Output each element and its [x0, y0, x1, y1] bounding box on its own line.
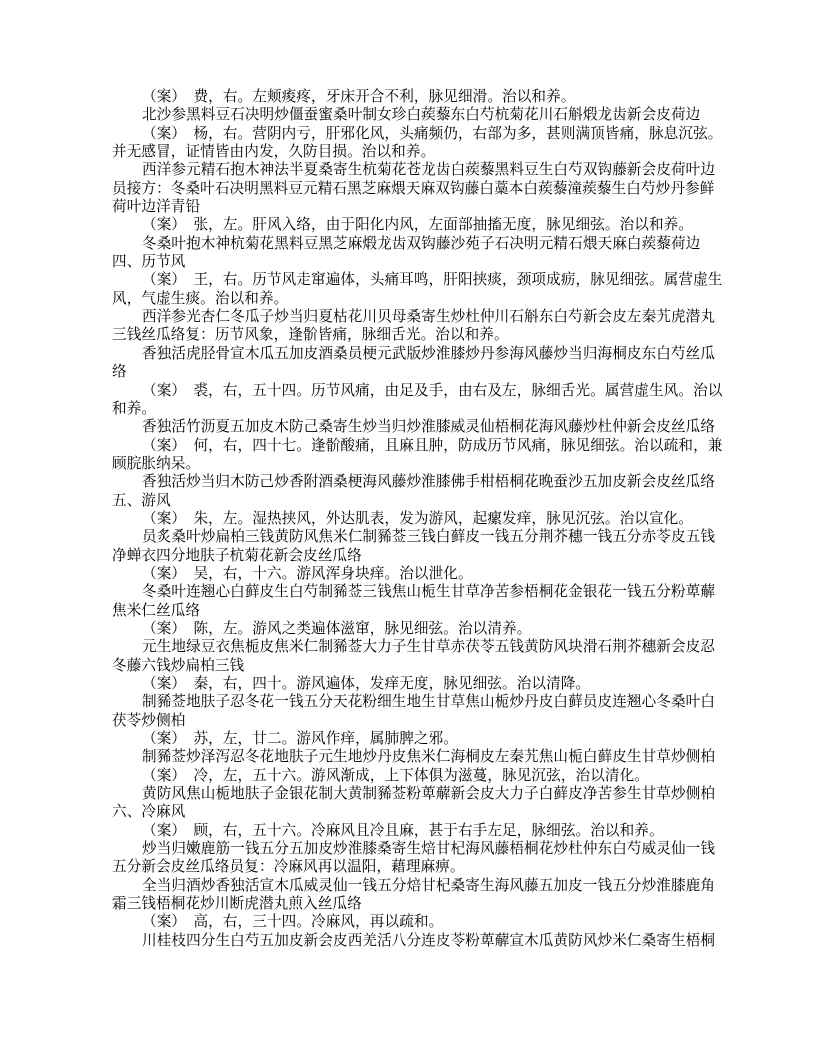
continuation-line: 和养。 — [112, 400, 752, 418]
prescription-line: 黄防风焦山栀地肤子金银花制大黄制豨莶粉萆薢新会皮大力子白藓皮净苦参生甘草炒侧柏 — [112, 785, 752, 803]
prescription-line: 川桂枝四分生白芍五加皮新会皮西羌活八分连皮苓粉萆薢宣木瓜黄防风炒米仁桑寄生梧桐 — [112, 932, 752, 950]
case-line: （案） 费，右。左颊痠疼，牙床开合不利，脉见细滑。治以和养。 — [112, 88, 752, 106]
continuation-line: 荷叶边洋青铅 — [112, 198, 752, 216]
continuation-line: 风，气虚生痰。治以和养。 — [112, 290, 752, 308]
prescription-line: 炒当归嫩鹿筋一钱五分五加皮炒淮膝桑寄生焙甘杞海风藤梧桐花炒杜仲东白芍威灵仙一钱 — [112, 840, 752, 858]
prescription-line: 元生地绿豆衣焦栀皮焦米仁制豨莶大力子生甘草赤茯苓五钱黄防风块滑石荆芥穗新会皮忍 — [112, 638, 752, 656]
case-line: （案） 王，右。历节风走窜遍体，头痛耳鸣，肝阳挟痰，颈项成疬，脉见细弦。属营虚生 — [112, 271, 752, 289]
continuation-line: 五分新会皮丝瓜络员复：冷麻风再以温阳，藉理麻痹。 — [112, 858, 752, 876]
continuation-line: 焦米仁丝瓜络 — [112, 602, 752, 620]
prescription-line: 冬桑叶连翘心白藓皮生白芍制豨莶三钱焦山栀生甘草净苦参梧桐花金银花一钱五分粉萆薢 — [112, 583, 752, 601]
prescription-line: 制豨莶地肤子忍冬花一钱五分天花粉细生地生甘草焦山栀炒丹皮白藓员皮连翘心冬桑叶白 — [112, 693, 752, 711]
case-line: （案） 苏，左，廿二。游风作痒，属肺脾之邪。 — [112, 730, 752, 748]
prescription-line: 全当归酒炒香独活宣木瓜威灵仙一钱五分焙甘杞桑寄生海风藤五加皮一钱五分炒淮膝鹿角 — [112, 877, 752, 895]
continuation-line: 三钱丝瓜络复：历节风象，逢骱皆痛，脉细舌光。治以和养。 — [112, 326, 752, 344]
continuation-line: 络 — [112, 363, 752, 381]
continuation-line: 茯苓炒侧柏 — [112, 712, 752, 730]
continuation-line: 霜三钱梧桐花炒川断虎潜丸煎入丝瓜络 — [112, 895, 752, 913]
section-heading: 五、游风 — [112, 492, 752, 510]
section-heading: 六、冷麻风 — [112, 803, 752, 821]
prescription-line: 员炙桑叶炒扁柏三钱黄防风焦米仁制豨莶三钱白藓皮一钱五分荆芥穗一钱五分赤苓皮五钱 — [112, 528, 752, 546]
document-page: （案） 费，右。左颊痠疼，牙床开合不利，脉见细滑。治以和养。北沙参黑料豆石决明炒… — [0, 0, 816, 1056]
continuation-line: 净蝉衣四分地肤子杭菊花新会皮丝瓜络 — [112, 547, 752, 565]
case-line: （案） 顾，右，五十六。冷麻风且冷且麻，甚于右手左足，脉细弦。治以和养。 — [112, 822, 752, 840]
prescription-line: 北沙参黑料豆石决明炒僵蚕蜜桑叶制女珍白蒺藜东白芍杭菊花川石斛煅龙齿新会皮荷边 — [112, 106, 752, 124]
case-line: （案） 冷，左，五十六。游风渐成，上下体俱为滋蔓，脉见沉弦，治以清化。 — [112, 767, 752, 785]
continuation-line: 员接方：冬桑叶石决明黑料豆元精石黑芝麻煨天麻双钩藤白藁本白蒺藜潼蒺藜生白芍炒丹参… — [112, 180, 752, 198]
prescription-line: 制豨莶炒泽泻忍冬花地肤子元生地炒丹皮焦米仁海桐皮左秦艽焦山栀白藓皮生甘草炒侧柏 — [112, 748, 752, 766]
case-line: （案） 张，左。肝风入络，由于阳化内风，左面部抽搐无度，脉见细弦。治以和养。 — [112, 216, 752, 234]
continuation-line: 并无感冒，证情皆由内发，久防目损。治以和养。 — [112, 143, 752, 161]
case-line: （案） 何，右，四十七。逢骱酸痛，且麻且肿，防成历节风痛，脉见细弦。治以疏和，兼 — [112, 437, 752, 455]
continuation-line: 顾脘胀纳呆。 — [112, 455, 752, 473]
case-line: （案） 杨，右。营阴内亏，肝邪化风，头痛频仍，右部为多，甚则满顶皆痛，脉息沉弦。 — [112, 125, 752, 143]
prescription-line: 冬桑叶抱木神杭菊花黑料豆黑芝麻煅龙齿双钩藤沙苑子石决明元精石煨天麻白蒺藜荷边 — [112, 235, 752, 253]
prescription-line: 香独活炒当归木防己炒香附酒桑梗海风藤炒淮膝佛手柑梧桐花晚蚕沙五加皮新会皮丝瓜络 — [112, 473, 752, 491]
prescription-line: 西洋参光杏仁冬瓜子炒当归夏枯花川贝母桑寄生炒杜仲川石斛东白芍新会皮左秦艽虎潜丸 — [112, 308, 752, 326]
case-line: （案） 朱，左。湿热挟风，外达肌表，发为游风，起瘰发痒，脉见沉弦。治以宣化。 — [112, 510, 752, 528]
continuation-line: 冬藤六钱炒扁柏三钱 — [112, 657, 752, 675]
case-line: （案） 吴，右，十六。游风浑身块痒。治以泄化。 — [112, 565, 752, 583]
case-line: （案） 陈，左。游风之类遍体滋窜，脉见细弦。治以清养。 — [112, 620, 752, 638]
prescription-line: 西洋参元精石抱木神法半夏桑寄生杭菊花苍龙齿白蒺藜黑料豆生白芍双钩藤新会皮荷叶边 — [112, 161, 752, 179]
case-line: （案） 裘，右，五十四。历节风痛，由足及手，由右及左，脉细舌光。属营虚生风。治以 — [112, 382, 752, 400]
case-line: （案） 高，右，三十四。冷麻风，再以疏和。 — [112, 913, 752, 931]
prescription-line: 香独活竹沥夏五加皮木防己桑寄生炒当归炒淮膝威灵仙梧桐花海风藤炒杜仲新会皮丝瓜络 — [112, 418, 752, 436]
prescription-line: 香独活虎胫骨宣木瓜五加皮酒桑员梗元武版炒淮膝炒丹参海风藤炒当归海桐皮东白芍丝瓜 — [112, 345, 752, 363]
text-body: （案） 费，右。左颊痠疼，牙床开合不利，脉见细滑。治以和养。北沙参黑料豆石决明炒… — [112, 88, 752, 950]
section-heading: 四、历节风 — [112, 253, 752, 271]
case-line: （案） 秦，右，四十。游风遍体，发痒无度，脉见细弦。治以清降。 — [112, 675, 752, 693]
